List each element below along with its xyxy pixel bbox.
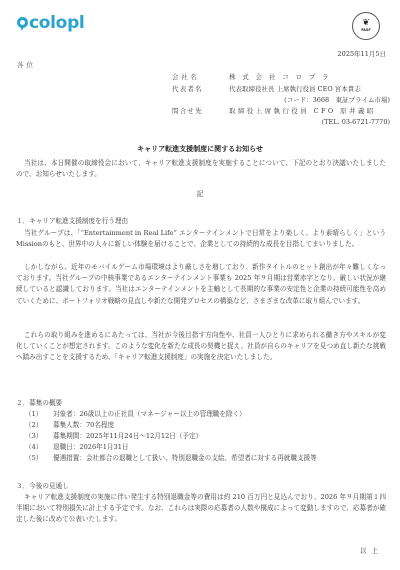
recruitment-list: （1） 対象者：26歳以上の正社員（マネージャー以上の管理職を除く） （2） 募… [25,409,317,464]
list-number: （5） [25,453,53,464]
company-row: 会社名 株式会社コロプラ [172,72,390,83]
stock-code-text: (コード：3668 東証プライム市場) [284,97,390,104]
section-1-paragraph-2: しかしながら、近年のモバイルゲーム市場環境はより厳しさを増しており、新作タイトル… [16,262,386,307]
logo-mark-icon [17,17,28,28]
intro-paragraph: 当社は、本日開催の取締役会において、キャリア転進支援制度を実施することについて、… [16,158,386,180]
list-item: （3） 募集期間：2025年11月24日～12月12日（予定） [25,431,317,442]
colopl-logo: colopl [17,12,84,34]
representative-label: 代表者名 [172,86,229,93]
list-item: （5） 優遇措置：会社都合の退職として扱い、特別退職金の支給、希望者に対する再就… [25,453,317,464]
representative-name: 代表取締役社長 上席執行役員 CEO 宮本貴志 [229,86,361,93]
section-3-paragraph: キャリア転進支援制度の実施に伴い発生する特別退職金等の費用は約 210 百万円と… [16,492,386,526]
contact-row: 問合せ先 取締役上席執行役員 CFO 原井義昭 [172,106,390,117]
company-label: 会社名 [172,74,229,81]
list-number: （3） [25,431,53,442]
section-3-heading: ３．今後の見通し [16,483,69,490]
release-date: 2025年11月5日 [338,51,386,58]
list-text: 退職日：2026年1月31日 [53,442,129,453]
section-1-paragraph-1: 当社グループは、「“Entertainment in Real Life” エン… [16,228,386,250]
list-number: （4） [25,442,53,453]
list-number: （2） [25,420,53,431]
list-number: （1） [25,409,53,420]
fasf-badge-text: FASF [361,29,371,33]
contact-person: 取締役上席執行役員 CFO 原井義昭 [229,108,376,115]
section-1-heading: １．キャリア転進支援制度を行う理由 [16,218,128,225]
ki-marker: 記 [0,191,400,198]
fasf-badge: ❦ FASF [352,12,380,40]
list-item: （1） 対象者：26歳以上の正社員（マネージャー以上の管理職を除く） [25,409,317,420]
closing-mark: 以上 [360,548,383,555]
list-item: （2） 募集人数：70名程度 [25,420,317,431]
company-name: 株式会社コロプラ [229,74,335,81]
recipient: 各位 [17,62,36,69]
tel-row: (TEL. 03-6721-7770) [172,117,390,128]
leaves-icon: ❦ [362,19,370,28]
stock-code: (コード：3668 東証プライム市場) [172,94,390,105]
list-text: 募集人数：70名程度 [53,420,114,431]
tel-text: (TEL. 03-6721-7770) [322,119,390,126]
document-title: キャリア転進支援制度に関するお知らせ [0,145,400,152]
section-2-heading: ２．募集の概要 [16,400,62,407]
list-text: 募集期間：2025年11月24日～12月12日（予定） [53,431,202,442]
representative-row: 代表者名 代表取締役社長 上席執行役員 CEO 宮本貴志 [172,83,390,94]
contact-label: 問合せ先 [172,108,229,115]
list-item: （4） 退職日：2026年1月31日 [25,442,317,453]
list-text: 優遇措置：会社都合の退職として扱い、特別退職金の支給、希望者に対する再就職支援等 [53,453,317,464]
company-info: 会社名 株式会社コロプラ 代表者名 代表取締役社長 上席執行役員 CEO 宮本貴… [172,72,390,128]
list-text: 対象者：26歳以上の正社員（マネージャー以上の管理職を除く） [53,409,246,420]
logo-text: colopl [29,15,84,32]
section-1-paragraph-3: これらの取り組みを進めるにあたっては、当社が今後目指す方向性や、社員一人ひとりに… [16,330,386,364]
